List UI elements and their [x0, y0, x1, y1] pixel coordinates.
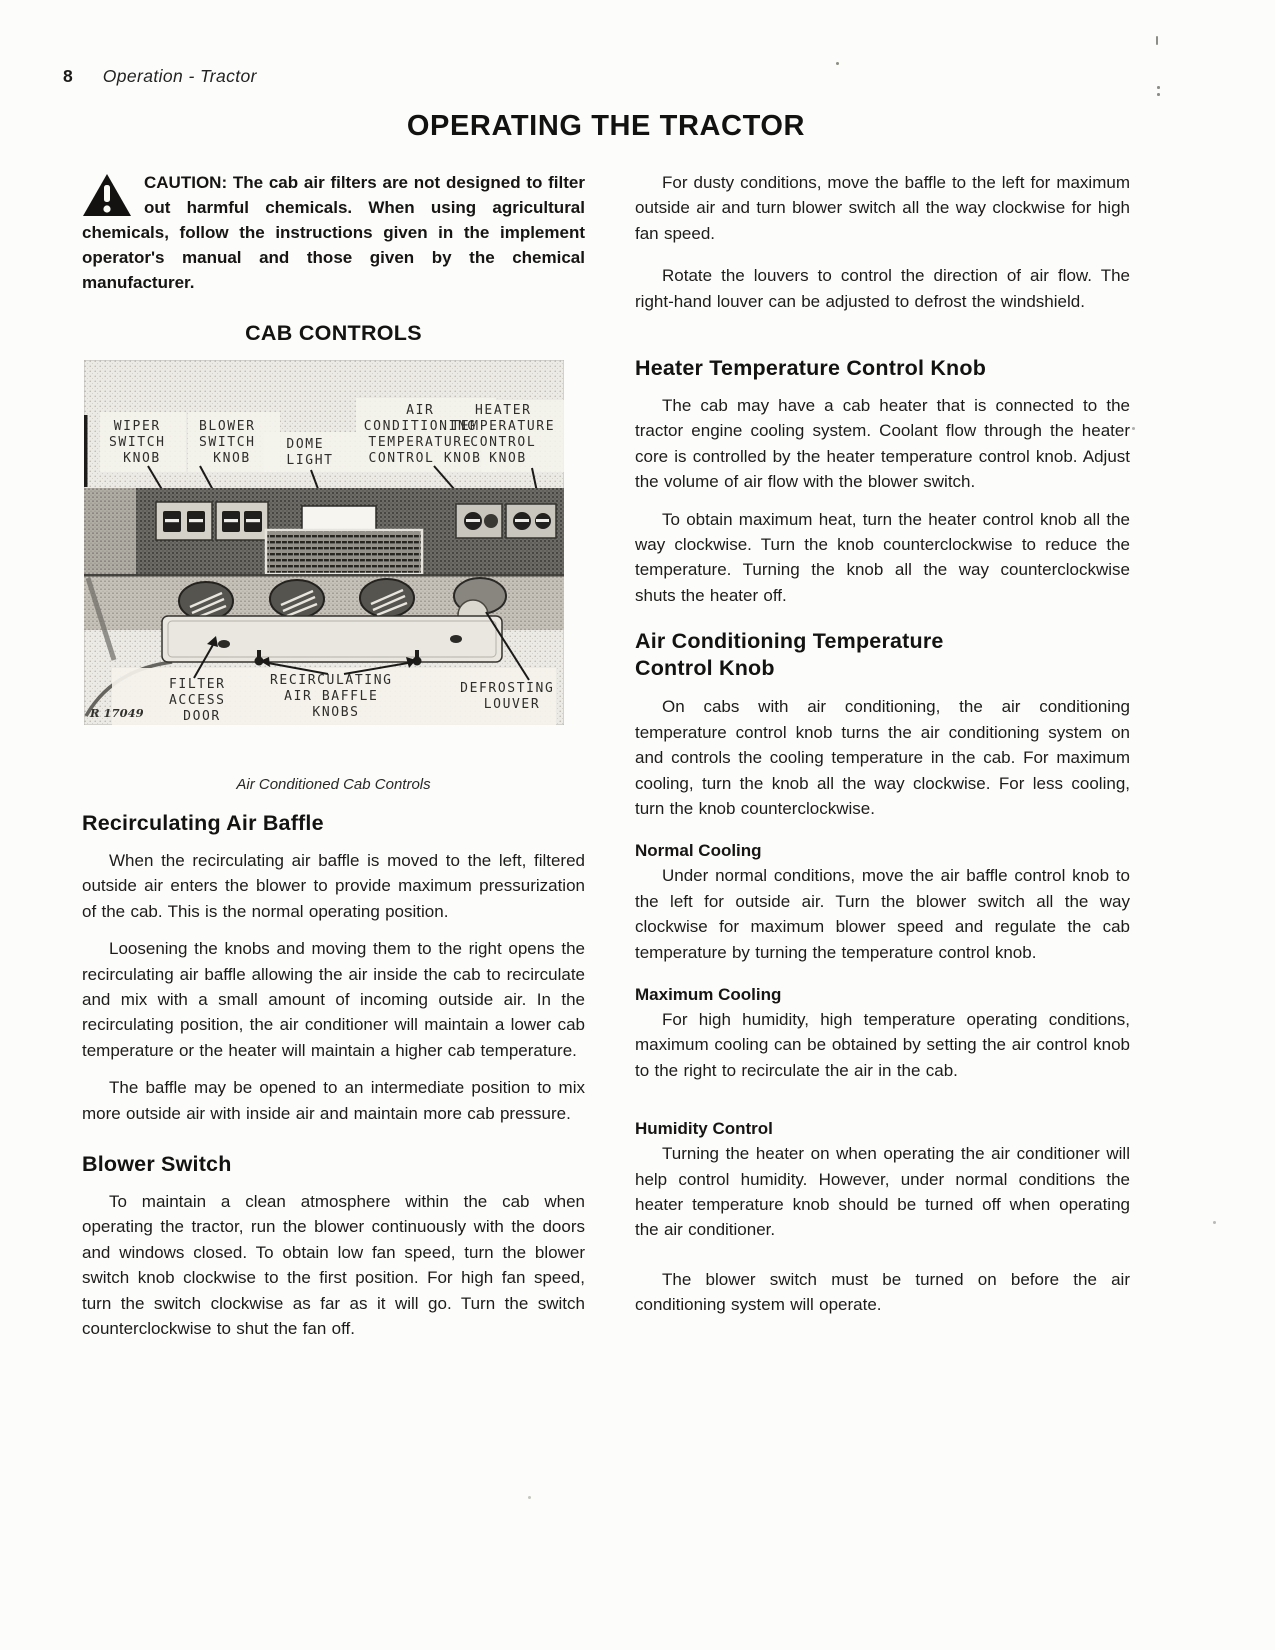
- page-title: OPERATING THE TRACTOR: [82, 110, 1130, 143]
- cab-controls-figure: WIPER SWITCH KNOB BLOWER SWITCH KNOB DOM…: [84, 360, 564, 725]
- paragraph: Turning the heater on when operating the…: [635, 1141, 1130, 1243]
- caution-block: CAUTION: The cab air filters are not des…: [82, 170, 585, 295]
- subheading-maximum-cooling: Maximum Cooling: [635, 985, 1130, 1005]
- scan-artifact: [1156, 36, 1158, 45]
- subheading-humidity-control: Humidity Control: [635, 1119, 1130, 1139]
- paragraph: When the recirculating air baffle is mov…: [82, 848, 585, 924]
- heading-heater-temp-control-knob: Heater Temperature Control Knob: [635, 356, 1130, 381]
- scan-artifact: [528, 1496, 531, 1499]
- left-column: CAUTION: The cab air filters are not des…: [82, 170, 585, 1342]
- figure-caption: Air Conditioned Cab Controls: [82, 776, 585, 793]
- subheading-normal-cooling: Normal Cooling: [635, 841, 1130, 861]
- right-column: For dusty conditions, move the baffle to…: [635, 170, 1130, 1318]
- paragraph: On cabs with air conditioning, the air c…: [635, 694, 1130, 821]
- running-header: 8Operation - Tractor: [63, 66, 257, 87]
- figure-photo-id: R 17049: [89, 706, 144, 720]
- paragraph: To obtain maximum heat, turn the heater …: [635, 507, 1130, 609]
- figure-vent-grille: [266, 530, 422, 574]
- page-number: 8: [63, 66, 73, 86]
- paragraph: The baffle may be opened to an intermedi…: [82, 1075, 585, 1126]
- caution-text: CAUTION: The cab air filters are not des…: [82, 173, 585, 292]
- section-title: Operation - Tractor: [103, 66, 257, 86]
- paragraph: To maintain a clean atmosphere within th…: [82, 1189, 585, 1341]
- figure-ac-heater-knobs: [456, 504, 556, 538]
- heading-blower-switch: Blower Switch: [82, 1152, 585, 1177]
- cab-controls-heading: CAB CONTROLS: [82, 321, 585, 346]
- paragraph: For high humidity, high temperature oper…: [635, 1007, 1130, 1083]
- heading-recirculating-air-baffle: Recirculating Air Baffle: [82, 811, 585, 836]
- scan-artifact: [836, 62, 839, 65]
- manual-page: { "header": { "page_number": "8", "secti…: [0, 0, 1275, 1650]
- paragraph: Under normal conditions, move the air ba…: [635, 863, 1130, 965]
- scan-artifact: [1157, 86, 1160, 89]
- scan-artifact: [1132, 427, 1135, 430]
- figure-wiper-blower-switches: [156, 502, 268, 540]
- figure-label-dome-light: DOME LIGHT: [286, 437, 333, 468]
- paragraph: Loosening the knobs and moving them to t…: [82, 936, 585, 1063]
- paragraph: Rotate the louvers to control the direct…: [635, 263, 1130, 314]
- scan-artifact: [1213, 1221, 1216, 1224]
- heading-ac-temp-control-knob: Air Conditioning Temperature Control Kno…: [635, 628, 980, 682]
- warning-triangle-icon: [82, 173, 132, 217]
- paragraph: For dusty conditions, move the baffle to…: [635, 170, 1130, 246]
- paragraph: The cab may have a cab heater that is co…: [635, 393, 1130, 495]
- paragraph: The blower switch must be turned on befo…: [635, 1267, 1130, 1318]
